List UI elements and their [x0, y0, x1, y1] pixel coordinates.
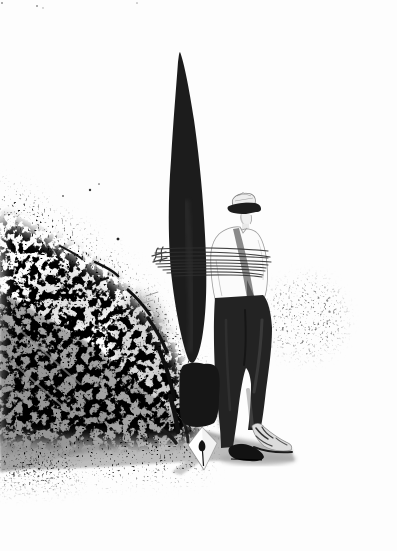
faint-specks-bottom-left [0, 458, 76, 490]
cap-button [242, 192, 244, 194]
faint-specks-right [267, 280, 343, 356]
illustration-canvas [0, 0, 397, 551]
pen-grip-section [179, 363, 219, 427]
ink-illustration [0, 0, 397, 551]
